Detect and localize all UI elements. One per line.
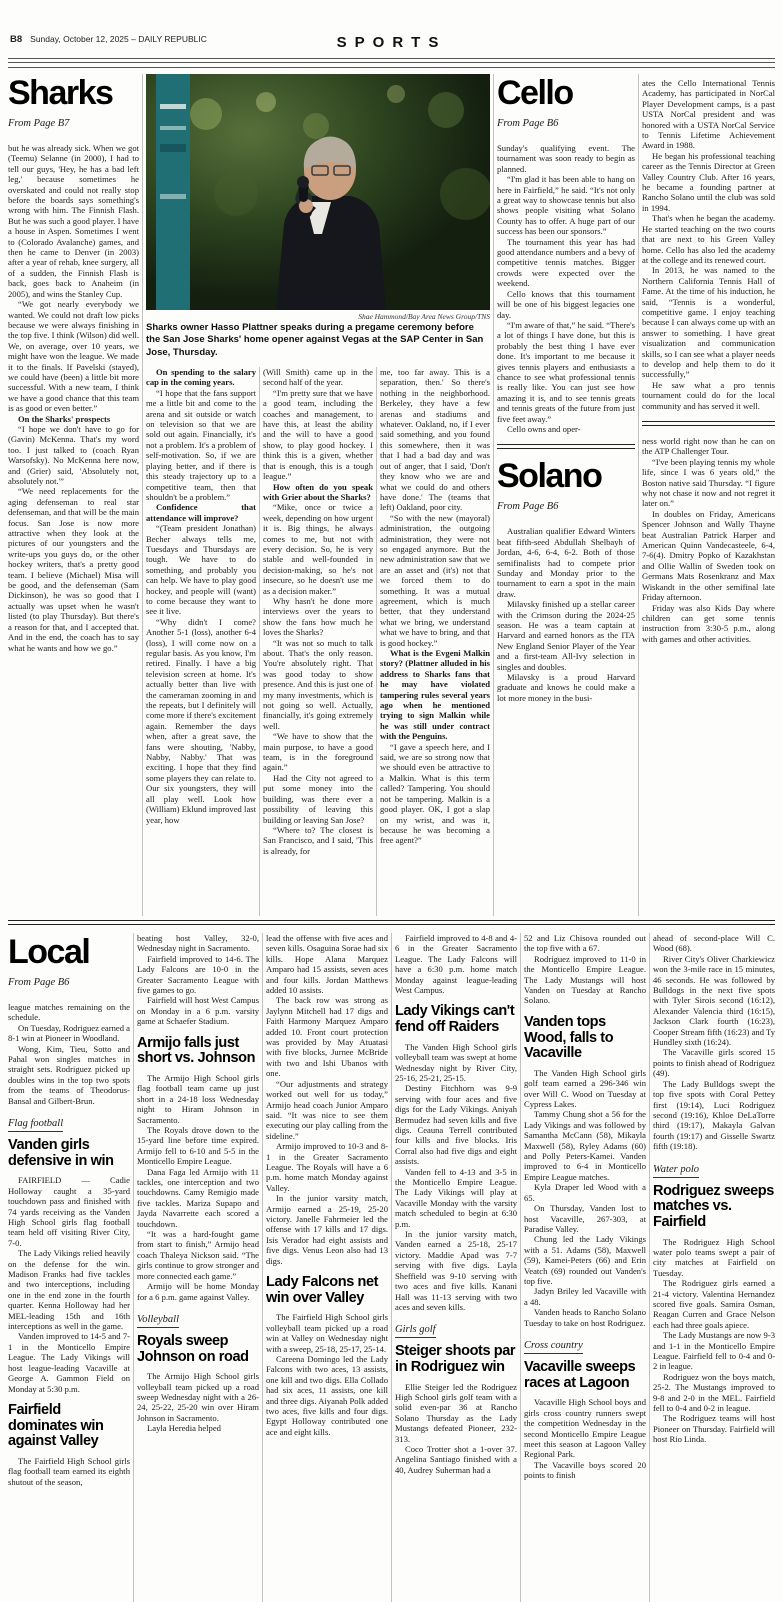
paragraph: Had the City not agreed to put some mone… (263, 773, 373, 825)
paragraph: “Why didn't I come? Another 5-1 (loss), … (146, 617, 256, 825)
cello-column: Sunday's qualifying event. The tournamen… (497, 143, 635, 434)
paragraph: On Tuesday, Rodriguez earned a 8-1 win a… (8, 1023, 130, 1044)
subarticle-headline: Steiger shoots par in Rodriguez win (395, 1344, 517, 1375)
section-kicker-label: Cross country (524, 1340, 583, 1354)
paragraph: Australian qualifier Edward Winters beat… (497, 526, 635, 599)
paragraph: Coco Trotter shot a 1-over 37. Angelina … (395, 1444, 517, 1475)
subarticle-headline: Armijo falls just short vs. Johnson (137, 1036, 259, 1067)
solano-continuation: ness world right now than he can on the … (642, 436, 775, 644)
paragraph: Rodriguez improved to 11-0 in the Montic… (524, 954, 646, 1006)
subarticle-headline: Lady Falcons net win over Valley (266, 1275, 388, 1306)
section-kicker: Flag football (8, 1118, 130, 1129)
paragraph: “I'm pretty sure that we have a good tea… (263, 388, 373, 482)
section-kicker: Volleyball (137, 1314, 259, 1325)
column-rule (133, 933, 134, 1602)
photo-credit: Shae Hammond/Bay Area News Group/TNS (146, 312, 490, 321)
paragraph: Rodriguez won the boys match, 25-2. The … (653, 1372, 775, 1414)
paragraph: “We have to show that the main purpose, … (263, 731, 373, 773)
paragraph: Wong, Kim, Tieu, Sotto and Pahal won sin… (8, 1044, 130, 1106)
sharks-column-1: but he was already sick. When we got (Te… (8, 143, 139, 653)
section-kicker-label: Girls golf (395, 1324, 436, 1338)
paragraph: Jadyn Briley led Vacaville with a 48. (524, 1286, 646, 1307)
paragraph: Friday was also Kids Day where children … (642, 603, 775, 645)
paragraph: He began his professional teaching caree… (642, 151, 775, 213)
paragraph: Chung led the Lady Vikings with a 51. Ad… (524, 1234, 646, 1286)
continuation-column: ates the Cello International Tennis Acad… (642, 74, 775, 916)
paragraph: “I'm glad it has been able to hang on he… (497, 174, 635, 236)
paragraph: ahead of second-place Will C. Wood (68). (653, 933, 775, 954)
paragraph: Why hasn't he done more interviews over … (263, 596, 373, 638)
paragraph: Cello owns and oper- (497, 424, 635, 434)
paragraph: “I gave a speech here, and I said, we ar… (380, 742, 490, 846)
paragraph: Sunday's qualifying event. The tournamen… (497, 143, 635, 174)
paragraph: Armijo will be home Monday for a 6 p.m. … (137, 1281, 259, 1302)
paragraph: That's when he began the academy. He sta… (642, 213, 775, 265)
subarticle-headline: Rodriguez sweeps matches vs. Fairfield (653, 1184, 775, 1231)
section-kicker: Water polo (653, 1164, 775, 1175)
paragraph: but he was already sick. When we got (Te… (8, 143, 139, 299)
column-rule (638, 74, 639, 916)
local-headline: Local (8, 935, 130, 969)
section-kicker-label: Flag football (8, 1118, 63, 1132)
paragraph: The tournament this year has had good at… (497, 237, 635, 289)
paragraph: league matches remaining on the schedule… (8, 1002, 130, 1023)
paragraph: In doubles on Friday, Americans Spencer … (642, 509, 775, 603)
paragraph: Fairfield improved to 14-6. The Lady Fal… (137, 954, 259, 996)
section-kicker-label: Water polo (653, 1164, 699, 1178)
subarticle-headline: Vanden tops Wood, falls to Vacaville (524, 1015, 646, 1062)
paragraph: The Vanden High School girls golf team e… (524, 1068, 646, 1110)
solano-continued-from: From Page B6 (497, 501, 635, 512)
paragraph: Ellie Steiger led the Rodriguez High Sch… (395, 1382, 517, 1444)
paragraph: “It was a hard-fought game from start to… (137, 1229, 259, 1281)
paragraph: In the junior varsity match, Armijo earn… (266, 1193, 388, 1266)
local-column-3: lead the offense with five aces and seve… (266, 933, 388, 1602)
local-column-2: beating host Valley, 32-0, Wednesday nig… (137, 933, 259, 1602)
paragraph: “I hope we don't have to go for (Gavin) … (8, 424, 139, 486)
paragraph: FAIRFIELD — Cadie Holloway caught a 35-y… (8, 1175, 130, 1248)
paragraph: “It was not so much to talk about. That'… (263, 638, 373, 732)
paragraph: “I'm aware of that,” he said. “There's a… (497, 320, 635, 424)
paragraph: beating host Valley, 32-0, Wednesday nig… (137, 933, 259, 954)
paragraph: Cello knows that this tournament will be… (497, 289, 635, 320)
paragraph: “Our adjustments and strategy worked out… (266, 1079, 388, 1141)
local-continued-from: From Page B6 (8, 977, 130, 988)
paragraph: River City's Oliver Charkiewicz won the … (653, 954, 775, 1048)
section-title: SPORTS (8, 34, 775, 51)
qa-question: Confidence that attendance will improve? (146, 502, 256, 523)
paragraph: me, too far away. This is a separation, … (380, 367, 490, 513)
paragraph: The Fairfield High School girls volleyba… (266, 1312, 388, 1354)
column-rule (259, 367, 260, 916)
column-rule (649, 933, 650, 1602)
paragraph: Armijo improved to 10-3 and 8-1 in the G… (266, 1141, 388, 1193)
paragraph: “So with the new (mayoral) administratio… (380, 513, 490, 648)
paragraph: Vanden improved to 14-5 and 7-1 in the M… (8, 1331, 130, 1393)
local-column-4: Fairfield improved to 4-8 and 4-6 in the… (395, 933, 517, 1602)
paragraph: Destiny Fitchhorn was 9-9 serving with f… (395, 1083, 517, 1166)
header-rule (8, 58, 775, 68)
qa-question: How often do you speak with Grier about … (263, 482, 373, 503)
paragraph: The Lady Vikings relied heavily on the d… (8, 1248, 130, 1331)
paragraph: “We need replacements for the aging defe… (8, 486, 139, 653)
top-section: Sharks From Page B7 but he was already s… (8, 74, 775, 916)
paragraph: The Lady Bulldogs swept the top five spo… (653, 1079, 775, 1152)
section-divider (8, 920, 775, 925)
paragraph: Milavsky finished up a stellar career wi… (497, 599, 635, 672)
sharks-qa-columns: On spending to the salary cap in the com… (146, 367, 490, 916)
local-column-6: ahead of second-place Will C. Wood (68).… (653, 933, 775, 1602)
paragraph: On Thursday, Vanden lost to host Vacavil… (524, 1203, 646, 1234)
paragraph: Vanden heads to Rancho Solano Tuesday to… (524, 1307, 646, 1328)
qa-question: What is the Evgeni Malkin story? (Plattn… (380, 648, 490, 742)
local-column-1: Local From Page B6 league matches remain… (8, 933, 130, 1602)
paragraph: The Vanden High School girls volleyball … (395, 1042, 517, 1084)
qa-question: On spending to the salary cap in the com… (146, 367, 256, 388)
paragraph: The Fairfield High School girls flag foo… (8, 1456, 130, 1487)
paragraph: “(Team president Jonathan) Becher always… (146, 523, 256, 617)
section-kicker-label: Volleyball (137, 1314, 179, 1328)
paragraph: Fairfield improved to 4-8 and 4-6 in the… (395, 933, 517, 995)
column-rule (520, 933, 521, 1602)
subarticle-headline: Vacaville sweeps races at Lagoon (524, 1360, 646, 1391)
page-header: B8Sunday, October 12, 2025 – DAILY REPUB… (8, 34, 775, 52)
photo-caption: Sharks owner Hasso Plattner speaks durin… (146, 322, 490, 359)
paragraph: The Armijo High School girls flag footba… (137, 1073, 259, 1125)
paragraph: The Vacaville boys scored 20 points to f… (524, 1460, 646, 1481)
article-sharks: Sharks From Page B7 but he was already s… (8, 74, 139, 916)
solano-column: Australian qualifier Edward Winters beat… (497, 526, 635, 703)
sharks-qa-column-3: me, too far away. This is a separation, … (380, 367, 490, 916)
subarticle-headline: Royals sweep Johnson on road (137, 1334, 259, 1365)
paragraph: Tammy Chung shot a 56 for the Lady Vikin… (524, 1109, 646, 1182)
subarticle-headline: Lady Vikings can't fend off Raiders (395, 1004, 517, 1035)
paragraph: (Will Smith) came up in the second half … (263, 367, 373, 388)
paragraph: He saw what a pro tennis tournament coul… (642, 380, 775, 411)
column-rule (391, 933, 392, 1602)
paragraph: The Rodriguez High School water polo tea… (653, 1237, 775, 1279)
paragraph: Milavsky is a proud Harvard graduate and… (497, 672, 635, 703)
local-column-1-body: league matches remaining on the schedule… (8, 1002, 130, 1487)
paragraph: The Royals drove down to the 15-yard lin… (137, 1125, 259, 1167)
paragraph: The back row was strong as Jaylynn Mitch… (266, 995, 388, 1078)
paragraph: lead the offense with five aces and seve… (266, 933, 388, 995)
section-kicker: Cross country (524, 1340, 646, 1351)
paragraph: “We got nearly everybody we wanted. We c… (8, 299, 139, 413)
sharks-headline: Sharks (8, 76, 139, 110)
paragraph: The Vacaville girls scored 15 points to … (653, 1047, 775, 1078)
photo-illustration (146, 74, 490, 310)
paragraph: In 2013, he was named to the Northern Ca… (642, 265, 775, 379)
paragraph: ates the Cello International Tennis Acad… (642, 78, 775, 151)
section-kicker: Girls golf (395, 1324, 517, 1335)
paragraph: Kyla Draper led Wood with a 65. (524, 1182, 646, 1203)
sharks-continued-from: From Page B7 (8, 118, 139, 129)
column-rule (493, 74, 494, 916)
cello-continued-from: From Page B6 (497, 118, 635, 129)
article-divider (497, 444, 635, 449)
solano-headline: Solano (497, 459, 635, 493)
photo-sharks-owner (146, 74, 490, 310)
article-divider (642, 421, 775, 426)
cello-headline: Cello (497, 76, 635, 110)
cello-continuation: ates the Cello International Tennis Acad… (642, 78, 775, 411)
paragraph: Vacaville High School boys and girls cro… (524, 1397, 646, 1459)
paragraph: “Mike, once or twice a week, depending o… (263, 502, 373, 596)
subarticle-headline: Fairfield dominates win against Valley (8, 1403, 130, 1450)
local-section: Local From Page B6 league matches remain… (8, 933, 775, 1602)
article-cello-solano: Cello From Page B6 Sunday's qualifying e… (497, 74, 635, 916)
column-rule (262, 933, 263, 1602)
paragraph: The Rodriguez teams will host Pioneer on… (653, 1413, 775, 1444)
sharks-photo-block: Shae Hammond/Bay Area News Group/TNS Sha… (146, 74, 490, 916)
local-column-5: 52 and Liz Chisova rounded out the top f… (524, 933, 646, 1602)
column-rule (376, 367, 377, 916)
column-rule (142, 74, 143, 916)
paragraph: “Where to? The closest is San Francisco,… (263, 825, 373, 856)
paragraph: Dana Faga led Armijo with 11 tackles, on… (137, 1167, 259, 1229)
paragraph: The Lady Mustangs are now 9-3 and 1-1 in… (653, 1330, 775, 1372)
paragraph: Layla Heredia helped (137, 1423, 259, 1433)
sharks-qa-column-2: (Will Smith) came up in the second half … (263, 367, 373, 916)
paragraph: ness world right now than he can on the … (642, 436, 775, 457)
sharks-qa-column-1: On spending to the salary cap in the com… (146, 367, 256, 916)
paragraph: Careena Domingo led the Lady Falcons wit… (266, 1354, 388, 1437)
paragraph: The Rodriguez girls earned a 21-4 victor… (653, 1278, 775, 1330)
paragraph: Fairfield will host West Campus on Monda… (137, 995, 259, 1026)
qa-question: On the Sharks' prospects (8, 414, 139, 424)
newspaper-page: B8Sunday, October 12, 2025 – DAILY REPUB… (0, 0, 783, 1602)
paragraph: “I've been playing tennis my whole life,… (642, 457, 775, 509)
paragraph: In the junior varsity match, Vanden earn… (395, 1229, 517, 1312)
paragraph: “I hope that the fans support me a littl… (146, 388, 256, 502)
paragraph: 52 and Liz Chisova rounded out the top f… (524, 933, 646, 954)
paragraph: Vanden fell to 4-13 and 3-5 in the Monti… (395, 1167, 517, 1229)
paragraph: The Armijo High School girls volleyball … (137, 1371, 259, 1423)
subarticle-headline: Vanden girls defensive in win (8, 1138, 130, 1169)
